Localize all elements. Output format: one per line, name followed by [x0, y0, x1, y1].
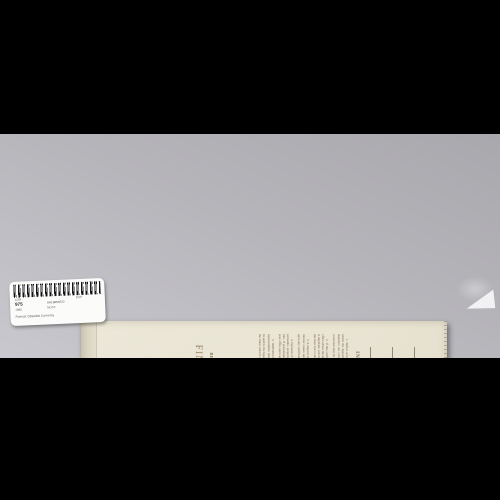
label-type: NOTE [47, 306, 55, 310]
label-dup: DUP [76, 296, 82, 299]
label-number: 975 [15, 302, 23, 306]
photograph-stage: Additional space for signatures of parti… [0, 0, 500, 500]
inventory-label: CSR DUP 975 1980 SA19854E22 NOTE Format:… [9, 278, 106, 326]
barcode [13, 281, 100, 298]
photo-background: Additional space for signatures of parti… [0, 134, 500, 358]
label-accession: SA19854E22 [47, 301, 65, 305]
letterbox-bottom [0, 358, 500, 500]
label-year: 1980 [15, 309, 22, 312]
label-format: Format: Obsolete Currency [16, 314, 55, 319]
letterbox-top [0, 0, 500, 134]
